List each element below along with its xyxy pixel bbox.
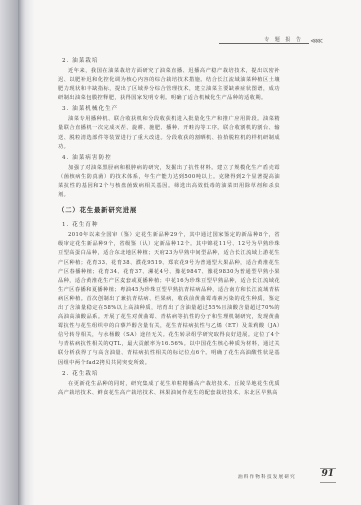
- header-rule: [219, 43, 309, 44]
- subheading-rapeseed-cultivation: 2. 油菜栽培: [58, 56, 280, 66]
- chevron-ornament-icon: ≪≪: [310, 37, 321, 45]
- running-header-text: 专 题 报 告: [264, 36, 303, 43]
- paragraph-rapeseed-disease-control: 加强了对油菜黑胫病和根肿病的研究，发掘出了抗性材料。建立了规模化生产盾壳霉（菌核…: [58, 164, 280, 200]
- page-number-rule-bottom: [320, 482, 336, 483]
- running-header: 专 题 报 告 ≪≪: [219, 36, 321, 48]
- page-body: 2. 油菜栽培 近年来，我国在油菜栽培方面研究了油菜直播、迟播高产稳产栽培技术，…: [58, 55, 280, 398]
- page-number: 91: [321, 469, 334, 479]
- subheading-rapeseed-disease-control: 4. 油菜病害防控: [58, 153, 280, 163]
- subheading-rapeseed-mechanization: 3. 油菜机械化生产: [58, 104, 280, 114]
- paragraph-peanut-breeding: 2010年以来全国审（鉴）定花生新品种29个，其中通过国家鉴定的新品种8个，省级…: [58, 231, 280, 367]
- paragraph-rapeseed-cultivation: 近年来，我国在油菜栽培方面研究了油菜直播、迟播高产稳产栽培技术，提出以密补迟、以…: [58, 67, 280, 103]
- section-heading-peanut-progress: （二）花生最新研究进展: [58, 206, 280, 215]
- subheading-peanut-cultivation: 2. 花生栽培: [58, 369, 280, 379]
- page-footer: 油料作物科技发展研究 91: [238, 467, 338, 485]
- subheading-peanut-breeding: 1. 花生育种: [58, 220, 280, 230]
- footer-book-title: 油料作物科技发展研究: [238, 474, 296, 480]
- paragraph-rapeseed-mechanization: 油菜专用播种机、联合收获机和分段收获机进入批量化生产和推广应用阶段。油菜精量联合…: [58, 115, 280, 151]
- book-binding-shadow: [0, 0, 34, 505]
- book-gutter-fold: [18, 0, 22, 505]
- paragraph-peanut-cultivation: 在更新花生品种的同时，研究集成了花生单粒精播高产栽培技术、丘陵旱地花生优质高产栽…: [58, 380, 280, 398]
